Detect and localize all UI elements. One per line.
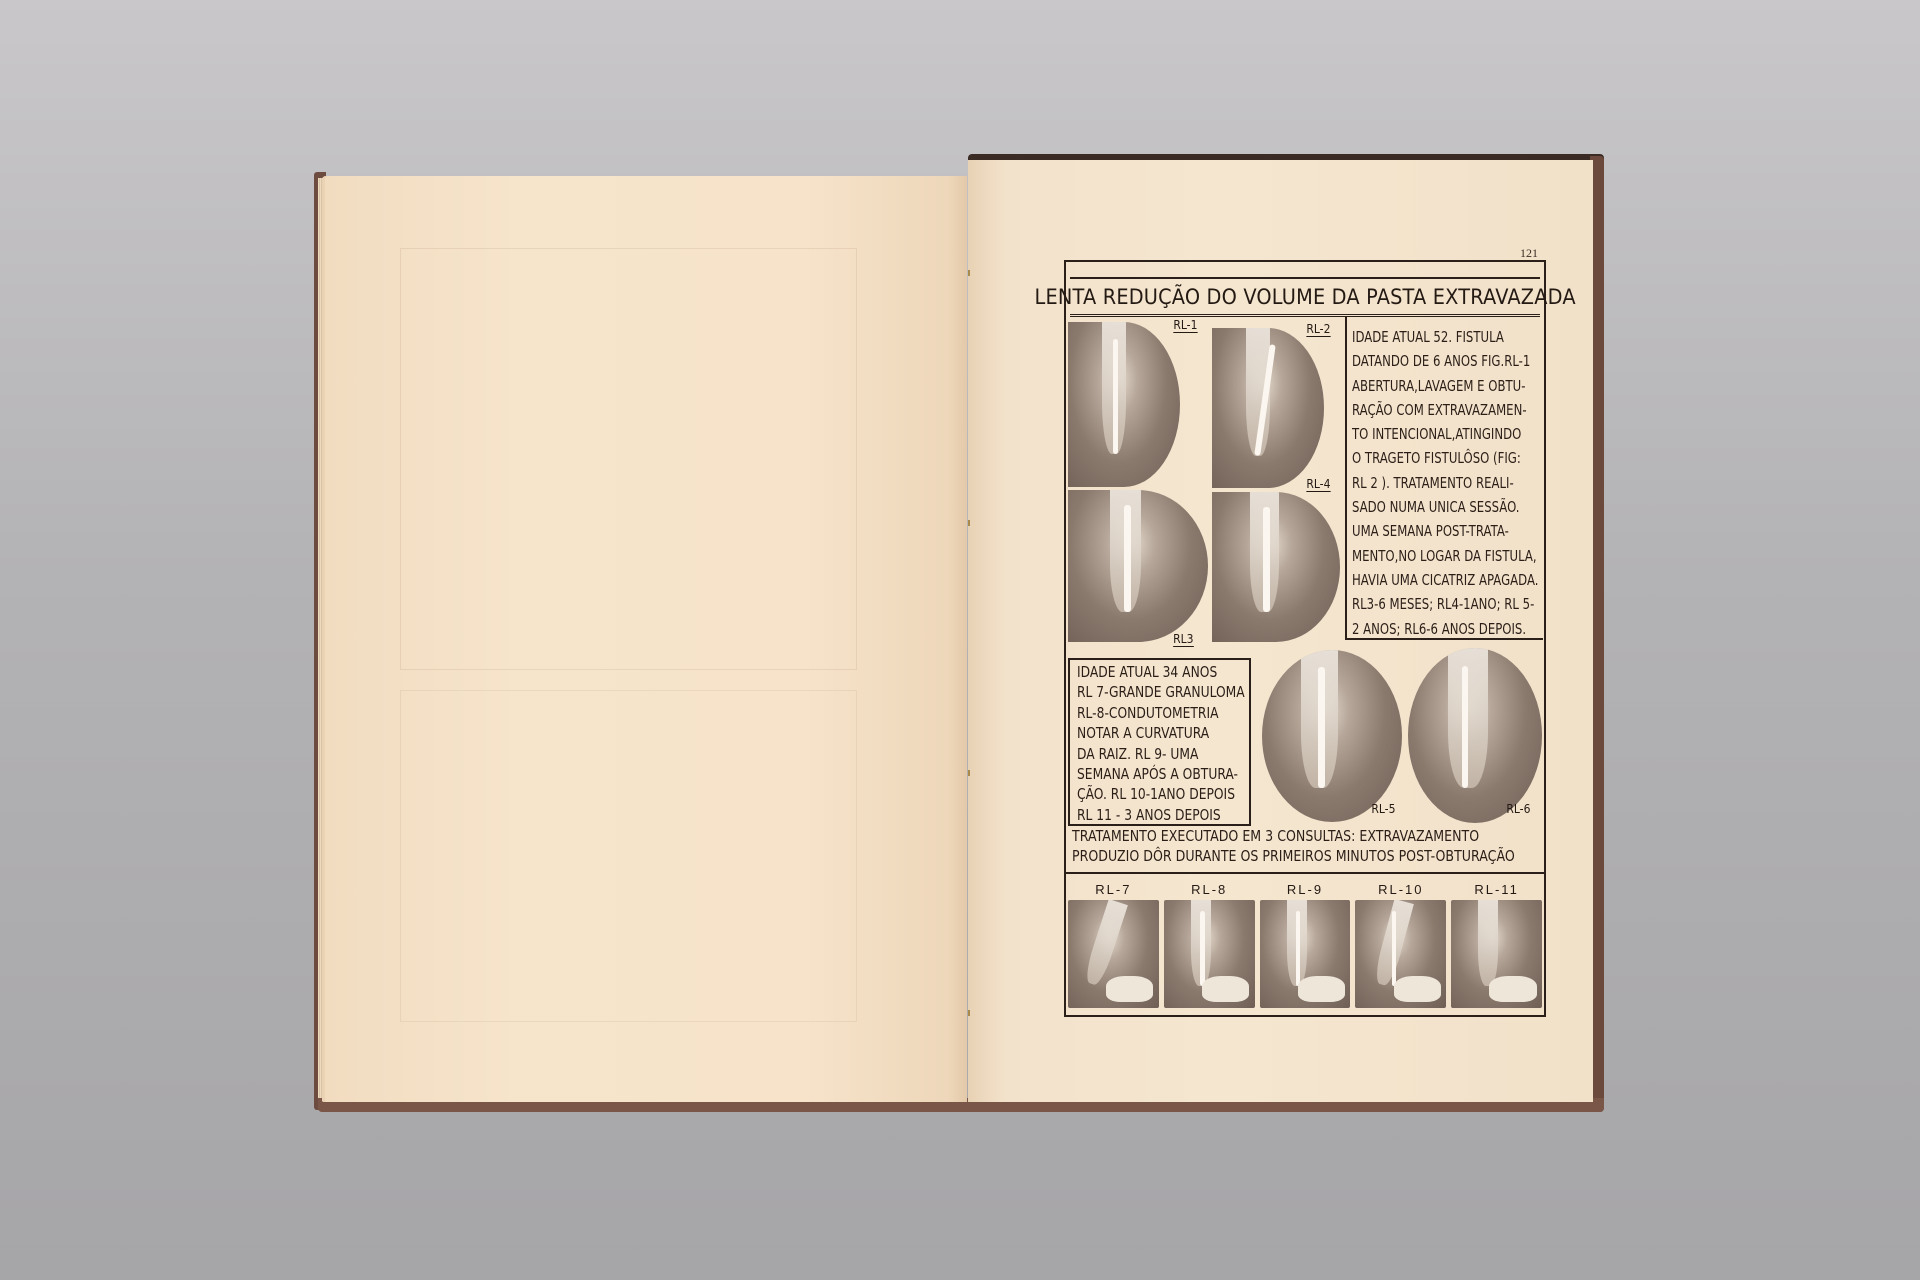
xray-strip: RL-7 RL-8 RL-9 RL-10 RL-11 bbox=[1068, 880, 1542, 1015]
divider bbox=[1066, 872, 1544, 874]
figure-label: RL3 bbox=[1173, 632, 1193, 647]
case2-description: IDADE ATUAL 34 ANOS RL 7-GRANDE GRANULOM… bbox=[1077, 662, 1245, 825]
figure-label: RL-8 bbox=[1164, 880, 1255, 900]
figure-label: RL-7 bbox=[1068, 880, 1159, 900]
figure-label: RL-1 bbox=[1173, 318, 1197, 333]
strip-figure: RL-8 bbox=[1164, 880, 1255, 1015]
case1-description: IDADE ATUAL 52. FISTULA DATANDO DE 6 ANO… bbox=[1352, 325, 1538, 641]
figure-label: RL-5 bbox=[1371, 802, 1395, 816]
strip-figure: RL-7 bbox=[1068, 880, 1159, 1015]
xray-figure-rl6 bbox=[1408, 648, 1542, 823]
show-through-frame bbox=[400, 248, 857, 670]
figure-label: RL-11 bbox=[1451, 880, 1542, 900]
xray-figure-rl2 bbox=[1212, 328, 1324, 488]
strip-figure: RL-9 bbox=[1260, 880, 1351, 1015]
figure-label: RL-2 bbox=[1306, 322, 1330, 337]
figure-label: RL-6 bbox=[1506, 802, 1530, 816]
xray-figure-rl8 bbox=[1164, 900, 1255, 1008]
xray-figure-rl3 bbox=[1068, 490, 1208, 642]
show-through-frame-lower bbox=[400, 690, 857, 1022]
open-book: 121 LENTA REDUÇÃO DO VOLUME DA PASTA EXT… bbox=[0, 0, 1920, 1280]
figure-label: RL-4 bbox=[1306, 477, 1330, 492]
page-number: 121 bbox=[1520, 246, 1538, 261]
xray-figure-rl7 bbox=[1068, 900, 1159, 1008]
binding-stitch bbox=[968, 270, 970, 276]
xray-figure-rl1 bbox=[1068, 322, 1180, 487]
binding-stitch bbox=[968, 520, 970, 526]
xray-figure-rl9 bbox=[1260, 900, 1351, 1008]
xray-figure-rl5 bbox=[1262, 650, 1402, 822]
plate-title-bar: LENTA REDUÇÃO DO VOLUME DA PASTA EXTRAVA… bbox=[1070, 277, 1540, 317]
xray-figure-rl10 bbox=[1355, 900, 1446, 1008]
strip-figure: RL-10 bbox=[1355, 880, 1446, 1015]
xray-figure-rl4 bbox=[1212, 492, 1340, 642]
plate-title: LENTA REDUÇÃO DO VOLUME DA PASTA EXTRAVA… bbox=[1034, 285, 1575, 309]
figure-label: RL-9 bbox=[1260, 880, 1351, 900]
xray-figure-rl11 bbox=[1451, 900, 1542, 1008]
figure-label: RL-10 bbox=[1355, 880, 1446, 900]
case2-treatment-note: TRATAMENTO EXECUTADO EM 3 CONSULTAS: EXT… bbox=[1072, 826, 1515, 866]
strip-figure: RL-11 bbox=[1451, 880, 1542, 1015]
binding-stitch bbox=[968, 770, 970, 776]
binding-stitch bbox=[968, 1010, 970, 1016]
